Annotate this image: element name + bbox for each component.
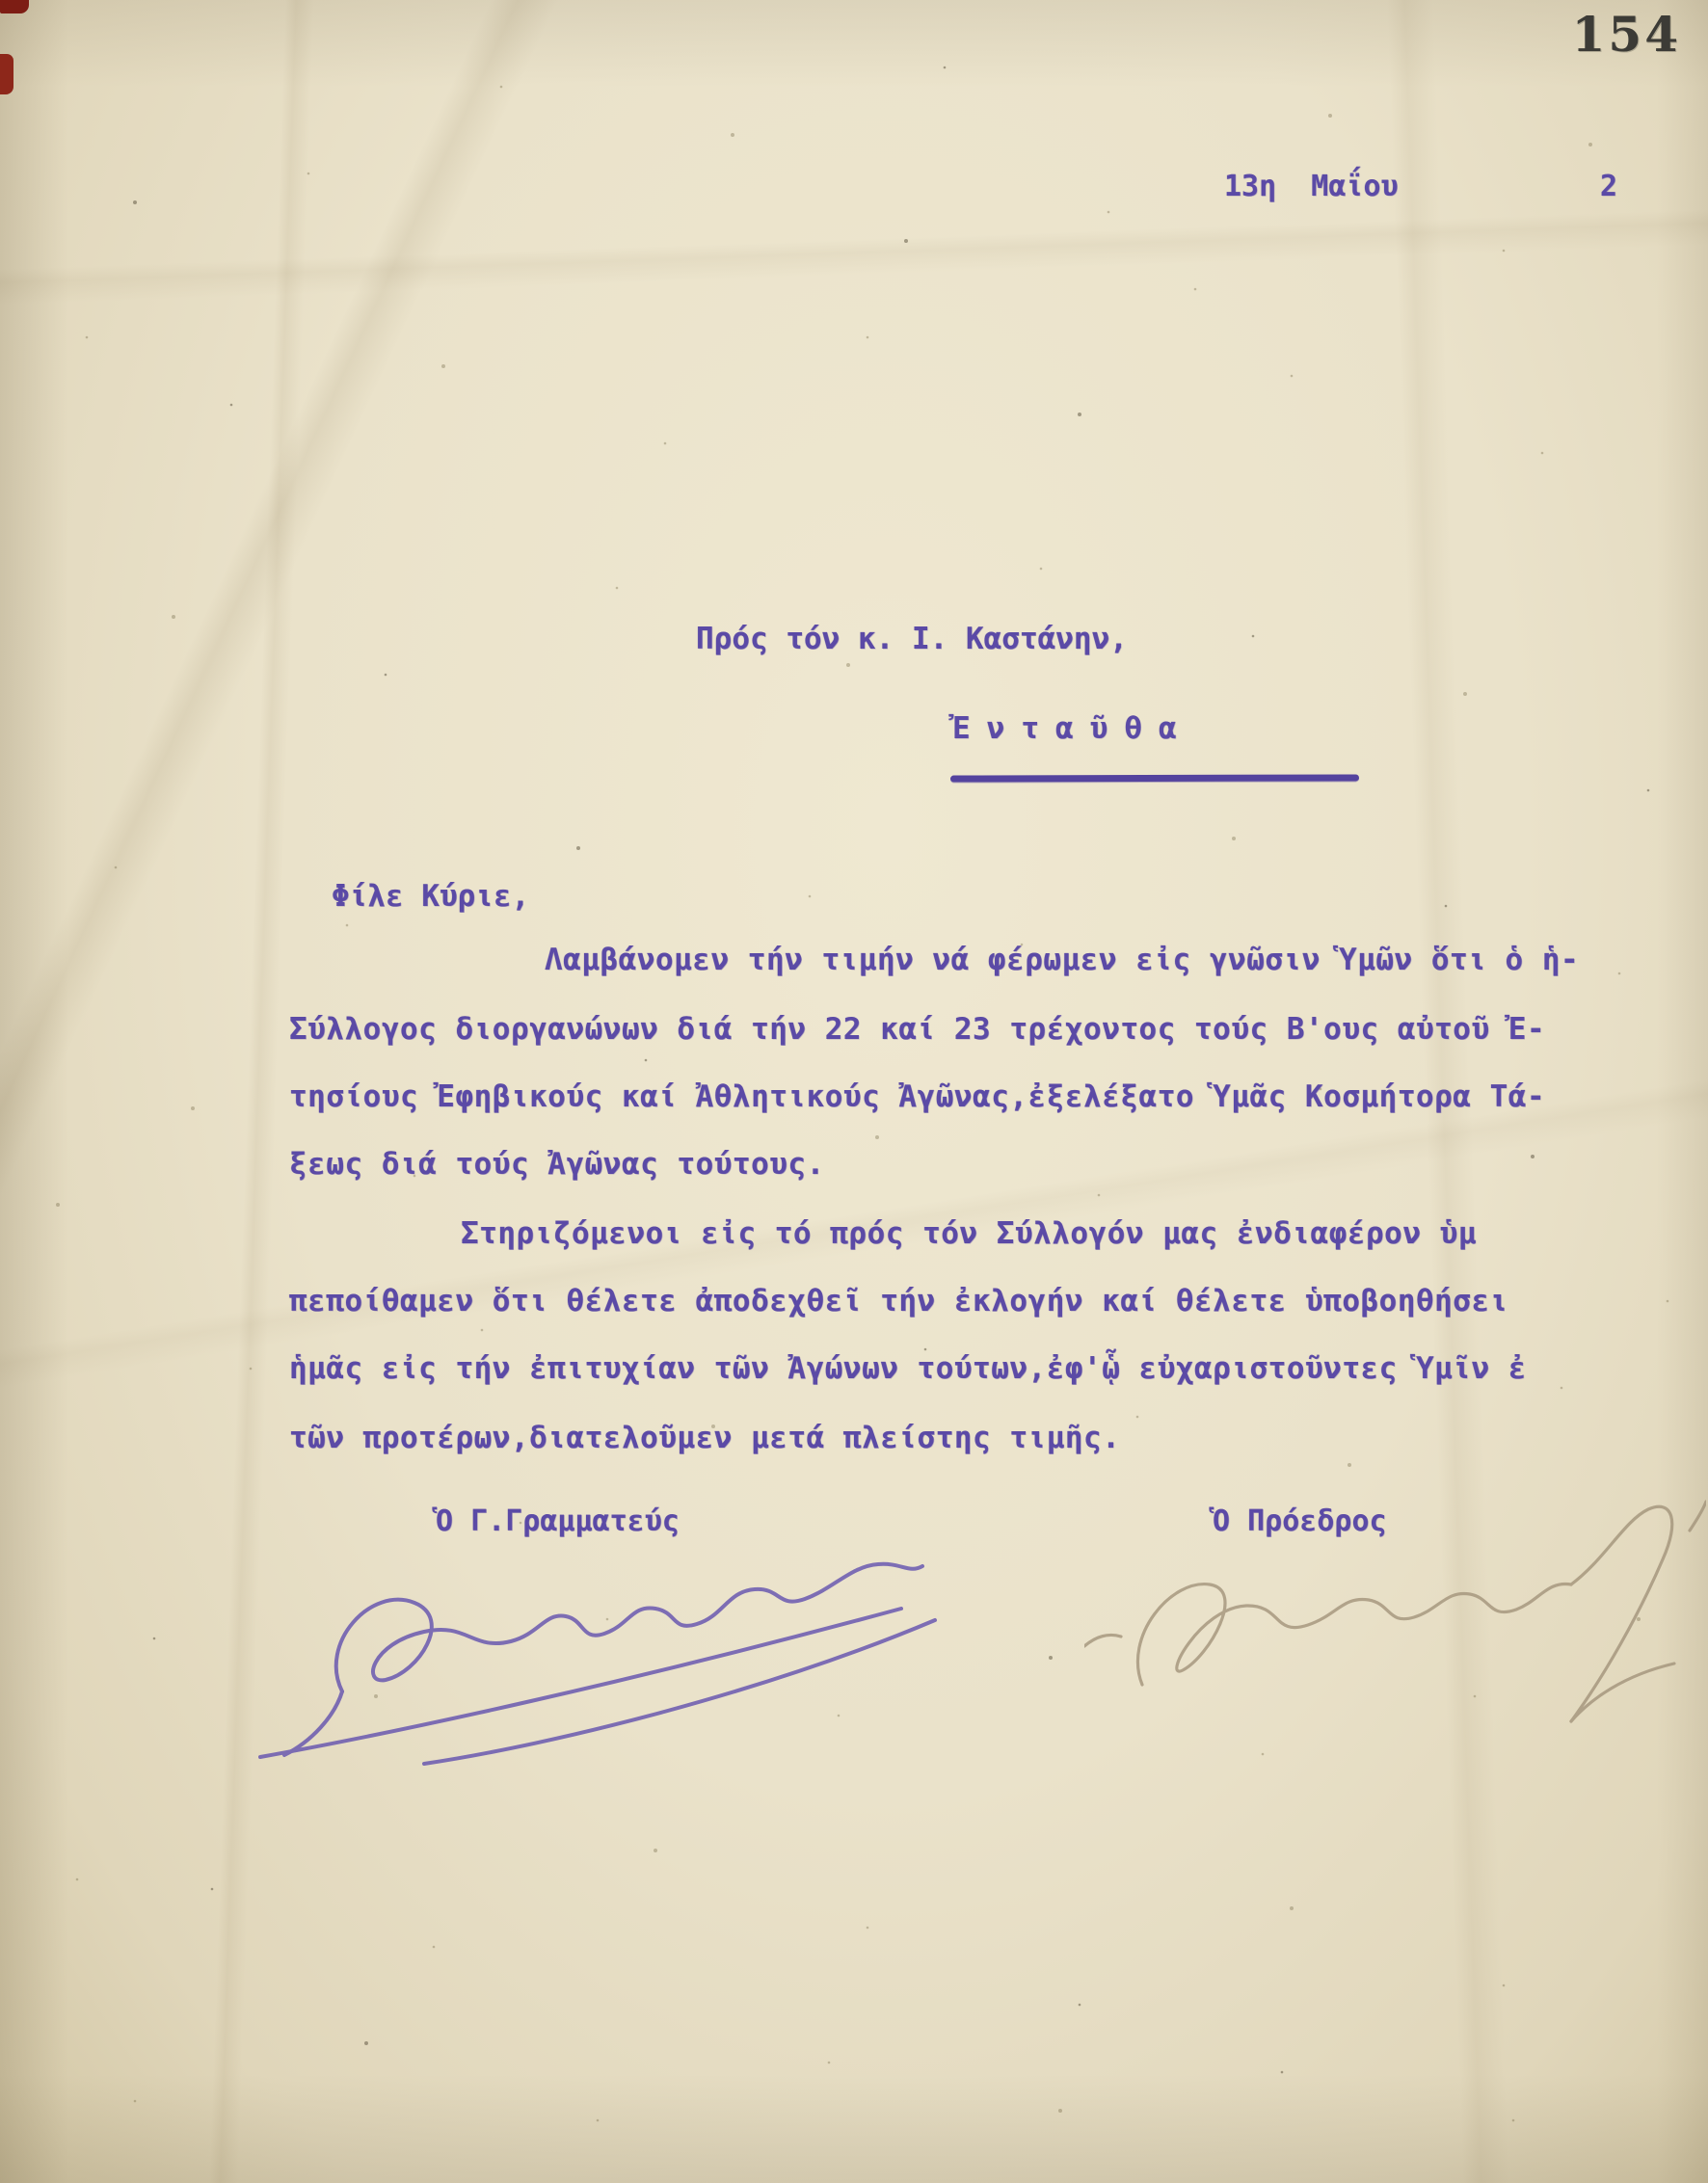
red-edge-mark-top — [0, 0, 29, 13]
secretary-signature — [227, 1528, 959, 1769]
body-line: τῶν προτέρων,διατελοῦμεν μετά πλείστης τ… — [289, 1421, 1120, 1455]
president-signature — [1084, 1492, 1706, 1743]
body-line: Σύλλογος διοργανώνων διά τήν 22 καί 23 τ… — [289, 1012, 1545, 1047]
location-underline — [950, 774, 1359, 782]
date: 13η Μαΐου — [1224, 170, 1399, 203]
body-line: Λαμβάνομεν τήν τιμήν νά φέρωμεν εἰς γνῶσ… — [545, 943, 1579, 977]
red-edge-mark-left — [0, 54, 13, 94]
body-line: ἡμᾶς εἰς τήν ἐπιτυχίαν τῶν Ἀγώνων τούτων… — [289, 1351, 1527, 1386]
page-number: 154 — [1572, 6, 1681, 63]
body-line: ξεως διά τούς Ἀγῶνας τούτους. — [289, 1147, 825, 1182]
location-line: Ἐνταῦθα — [952, 711, 1193, 746]
scanned-letter-page: 154 13η Μαΐου 2 Πρός τόν κ. Ι. Καστάνην,… — [0, 0, 1708, 2183]
body-line: τησίους Ἐφηβικούς καί Ἀθλητικούς Ἀγῶνας,… — [289, 1079, 1545, 1114]
body-line: Στηριζόμενοι εἰς τό πρός τόν Σύλλογόν μα… — [461, 1216, 1477, 1251]
body-line: πεποίθαμεν ὅτι θέλετε ἀποδεχθεῖ τήν ἐκλο… — [289, 1284, 1508, 1318]
doc-number: 2 — [1600, 170, 1617, 203]
recipient-line: Πρός τόν κ. Ι. Καστάνην, — [696, 622, 1128, 656]
salutation: Φίλε Κύριε, — [332, 879, 529, 914]
